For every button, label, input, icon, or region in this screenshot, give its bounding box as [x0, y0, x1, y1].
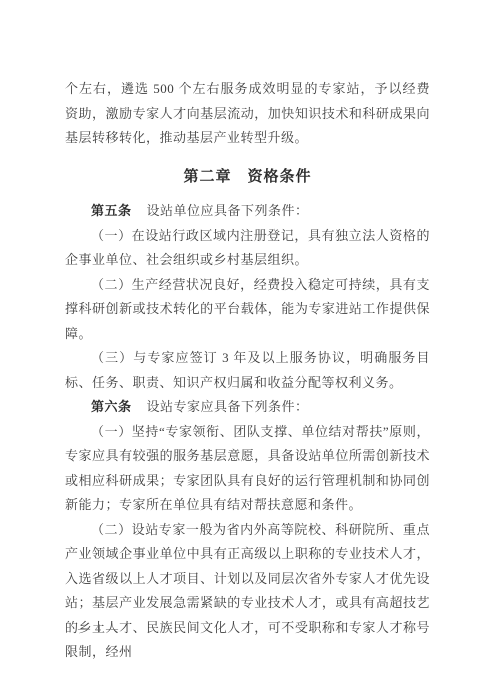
clause-5-1: （一）在设站行政区域内注册登记，具有独立法人资格的企事业单位、社会组织或乡村基层…	[65, 224, 430, 273]
article-6-label: 第六条	[91, 399, 132, 414]
clause-5-3: （三）与专家应签订 3 年及以上服务协议，明确服务目标、任务、职责、知识产权归属…	[65, 346, 430, 395]
clause-6-2: （二）设站专家一般为省内外高等院校、科研院所、重点产业领域企事业单位中具有正高级…	[65, 518, 430, 665]
article-5-paragraph: 第五条设站单位应具备下列条件：	[65, 199, 430, 224]
article-6-paragraph: 第六条设站专家应具备下列条件：	[65, 395, 430, 420]
page-number: — 4 —	[78, 621, 119, 636]
clause-6-1: （一）坚持“专家领衔、团队支撑、单位结对帮扶”原则，专家应具有较强的服务基层意愿…	[65, 420, 430, 518]
clause-5-2: （二）生产经营状况良好，经费投入稳定可持续，具有支撑科研创新或技术转化的平台载体…	[65, 273, 430, 347]
article-5-label: 第五条	[91, 203, 132, 218]
document-body: 个左右，遴选 500 个左右服务成效明显的专家站，予以经费资助，激励专家人才向基…	[65, 77, 430, 665]
document-page: 个左右，遴选 500 个左右服务成效明显的专家站，予以经费资助，激励专家人才向基…	[0, 0, 495, 700]
paragraph-continuation: 个左右，遴选 500 个左右服务成效明显的专家站，予以经费资助，激励专家人才向基…	[65, 77, 430, 151]
article-5-text: 设站单位应具备下列条件：	[147, 203, 309, 218]
chapter-heading: 第二章 资格条件	[65, 165, 430, 190]
article-6-text: 设站专家应具备下列条件：	[147, 399, 309, 414]
